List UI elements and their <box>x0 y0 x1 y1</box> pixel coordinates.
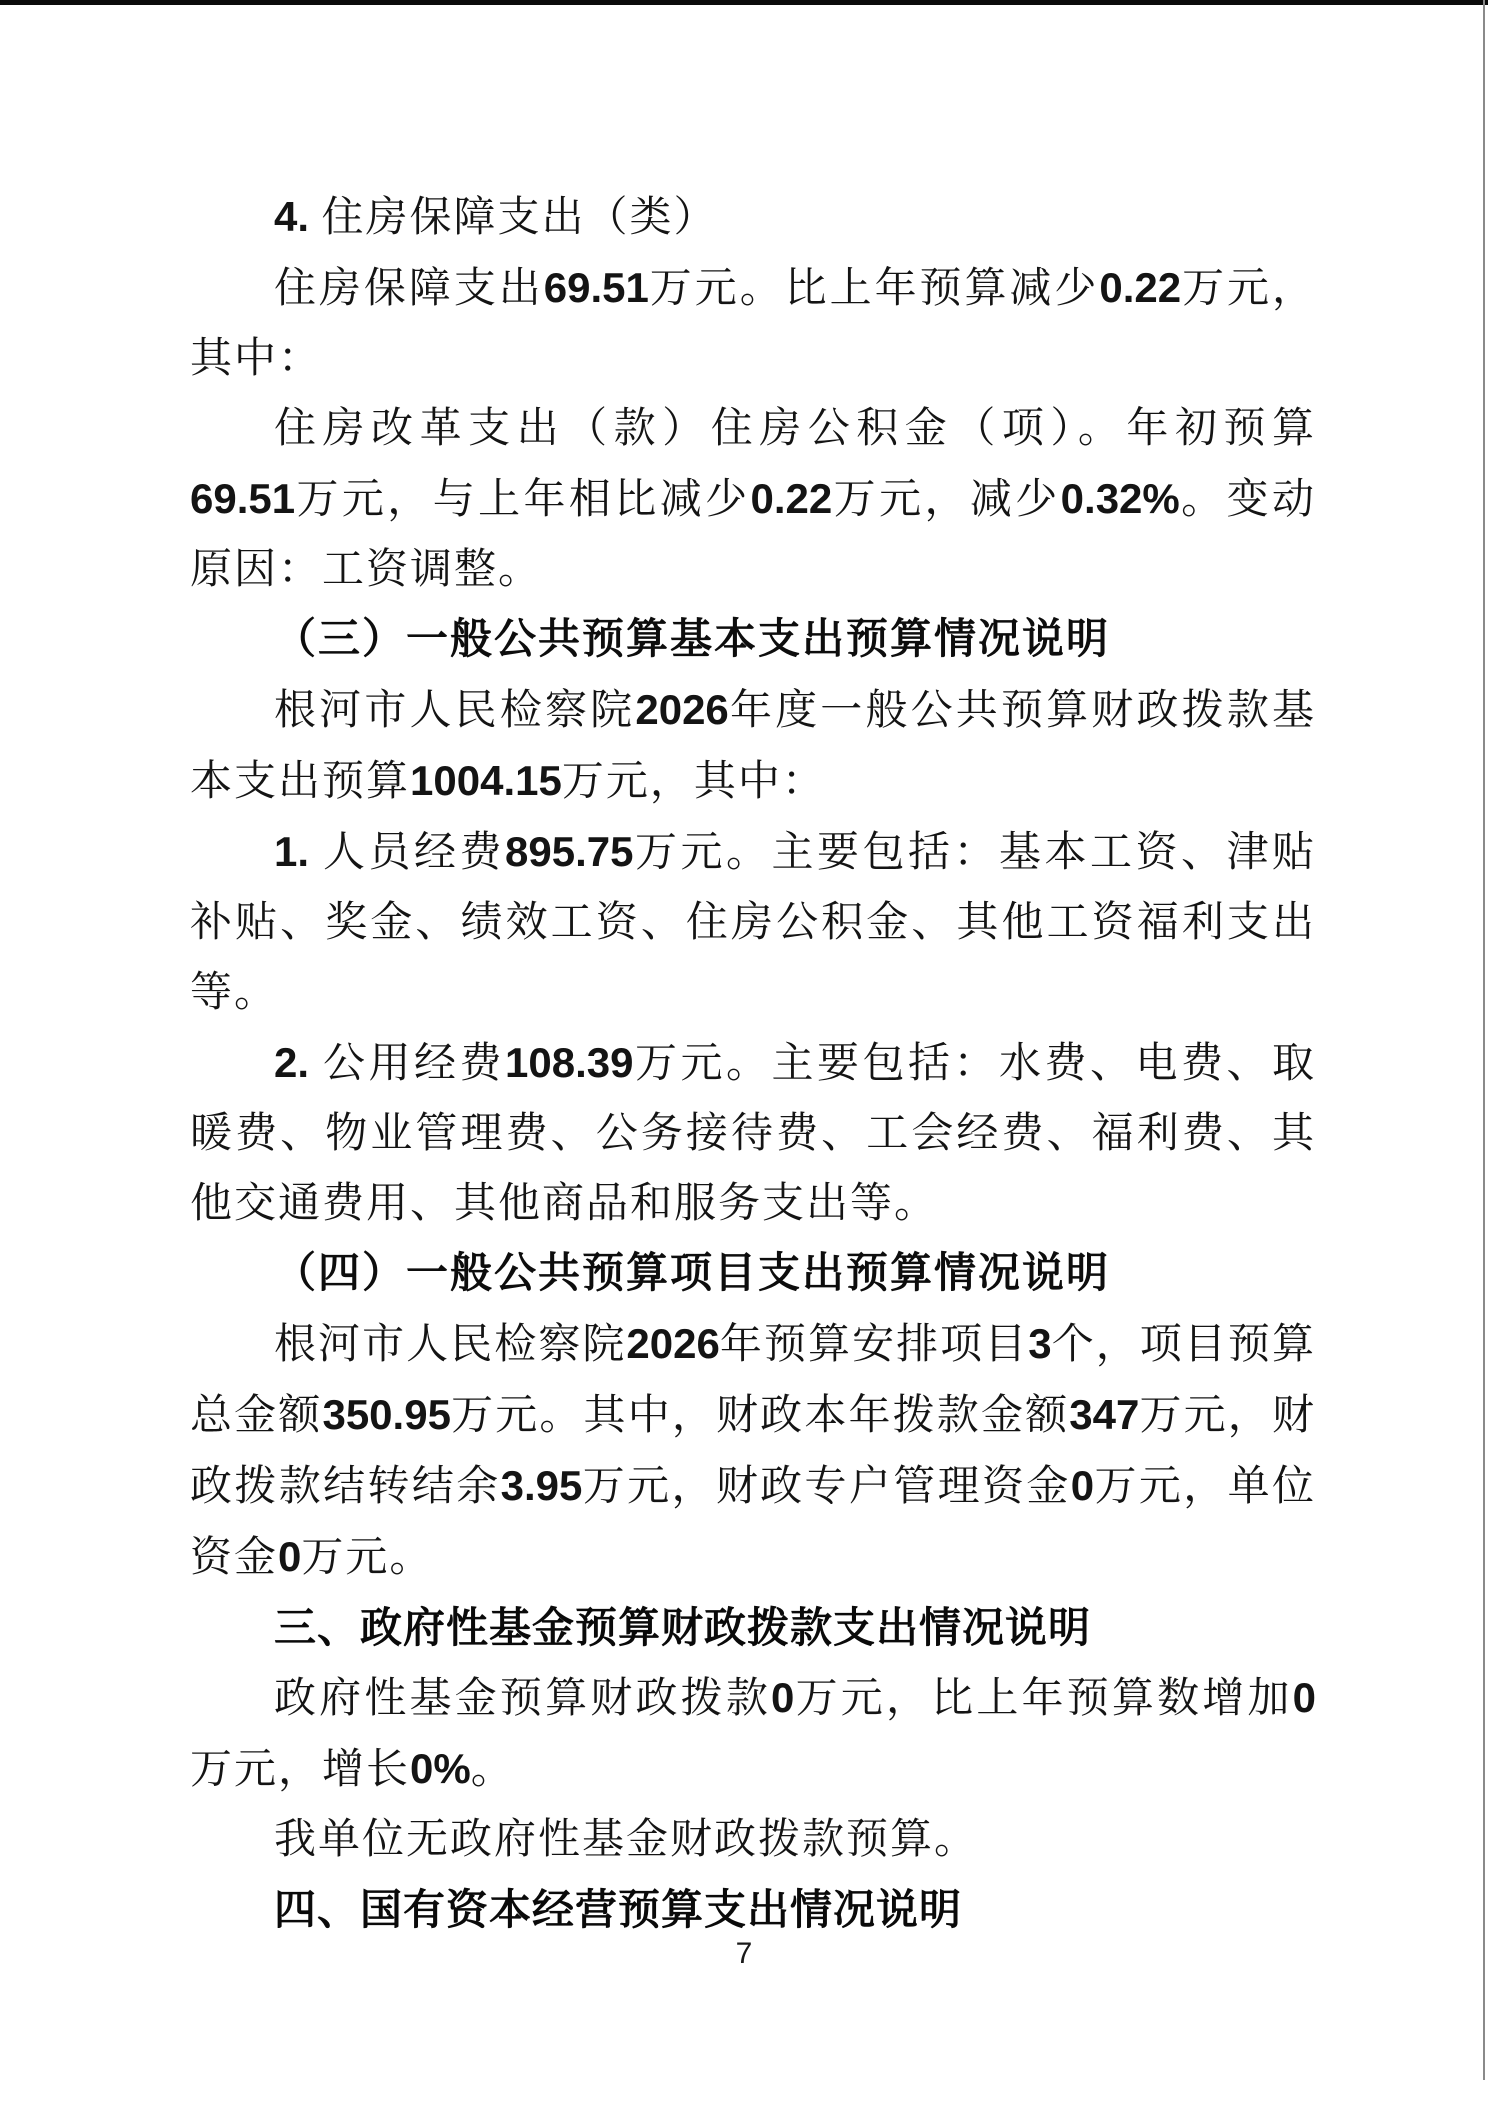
document-body: 4. 住房保障支出（类） 住房保障支出69.51万元。比上年预算减少0.22万元… <box>190 182 1316 1945</box>
para-no-government-fund: 我单位无政府性基金财政拨款预算。 <box>190 1805 1316 1875</box>
heading-part-3-government-fund: 三、政府性基金预算财政拨款支出情况说明 <box>190 1593 1316 1663</box>
para-public-funds: 2. 公用经费108.39万元。主要包括：水费、电费、取暖费、物业管理费、公务接… <box>190 1028 1316 1239</box>
para-project-expenditure-detail: 根河市人民检察院2026年预算安排项目3个，项目预算总金额350.95万元。其中… <box>190 1309 1316 1593</box>
heading-housing-expenditure-class: 4. 住房保障支出（类） <box>190 182 1316 253</box>
scan-right-edge-line <box>1483 0 1485 2080</box>
scan-top-edge-bar <box>0 0 1488 5</box>
page-number: 7 <box>0 1932 1488 1976</box>
para-housing-expenditure-total: 住房保障支出69.51万元。比上年预算减少0.22万元，其中： <box>190 253 1316 394</box>
para-basic-expenditure-total: 根河市人民检察院2026年度一般公共预算财政拨款基本支出预算1004.15万元，… <box>190 675 1316 817</box>
para-housing-reform-expenditure: 住房改革支出（款）住房公积金（项）。年初预算69.51万元，与上年相比减少0.2… <box>190 394 1316 605</box>
para-government-fund-detail: 政府性基金预算财政拨款0万元，比上年预算数增加0万元，增长0%。 <box>190 1663 1316 1805</box>
document-page: { "page": { "number": "7", "background_c… <box>0 0 1488 2104</box>
heading-section-4-project-expenditure: （四）一般公共预算项目支出预算情况说明 <box>190 1239 1316 1309</box>
para-personnel-funds: 1. 人员经费895.75万元。主要包括：基本工资、津贴补贴、奖金、绩效工资、住… <box>190 817 1316 1028</box>
heading-section-3-basic-expenditure: （三）一般公共预算基本支出预算情况说明 <box>190 605 1316 675</box>
